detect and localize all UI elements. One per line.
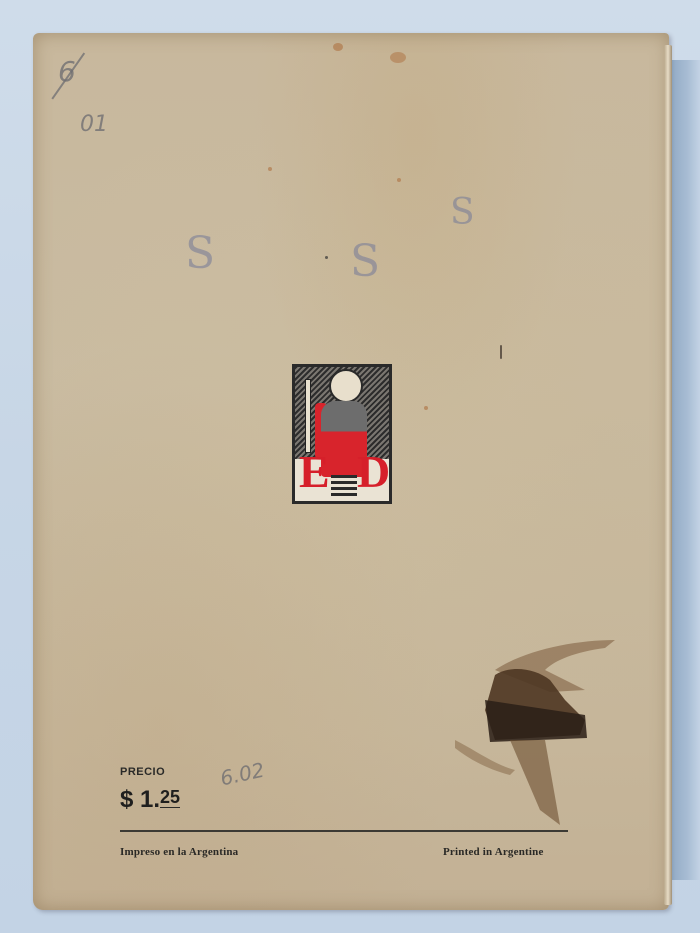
background-shadow	[668, 60, 700, 880]
angel-halo-icon	[329, 369, 363, 403]
ink-stain	[455, 630, 625, 830]
foxing-spot	[397, 178, 401, 182]
price-main: 1.	[140, 786, 160, 813]
price-cents: 25	[160, 787, 180, 808]
pedestal-icon	[331, 475, 357, 499]
pencil-mark-number: 01	[80, 112, 108, 137]
horizontal-rule	[120, 830, 568, 832]
foxing-spot	[390, 52, 406, 63]
imprint-english: Printed in Argentine	[443, 846, 544, 858]
foxing-spot	[424, 406, 428, 410]
currency-symbol: $	[120, 786, 133, 813]
ink-stamp-mark: S	[350, 236, 380, 287]
ink-stamp-mark: S	[185, 228, 215, 279]
emblem-letter-left: E	[299, 449, 330, 495]
emblem-letter-right: D	[357, 449, 390, 495]
imprint-spanish: Impreso en la Argentina	[120, 846, 238, 858]
book-page-edge	[664, 45, 672, 905]
foxing-spot	[333, 43, 343, 51]
price-label: PRECIO	[120, 766, 165, 778]
sword-icon	[305, 379, 311, 453]
price-value: $ 1.25	[120, 786, 180, 814]
foxing-spot	[268, 167, 272, 171]
foxing-spot	[500, 345, 502, 359]
publisher-emblem: E D	[292, 364, 392, 504]
ink-stamp-mark: S	[450, 192, 475, 233]
foxing-spot	[325, 256, 328, 259]
